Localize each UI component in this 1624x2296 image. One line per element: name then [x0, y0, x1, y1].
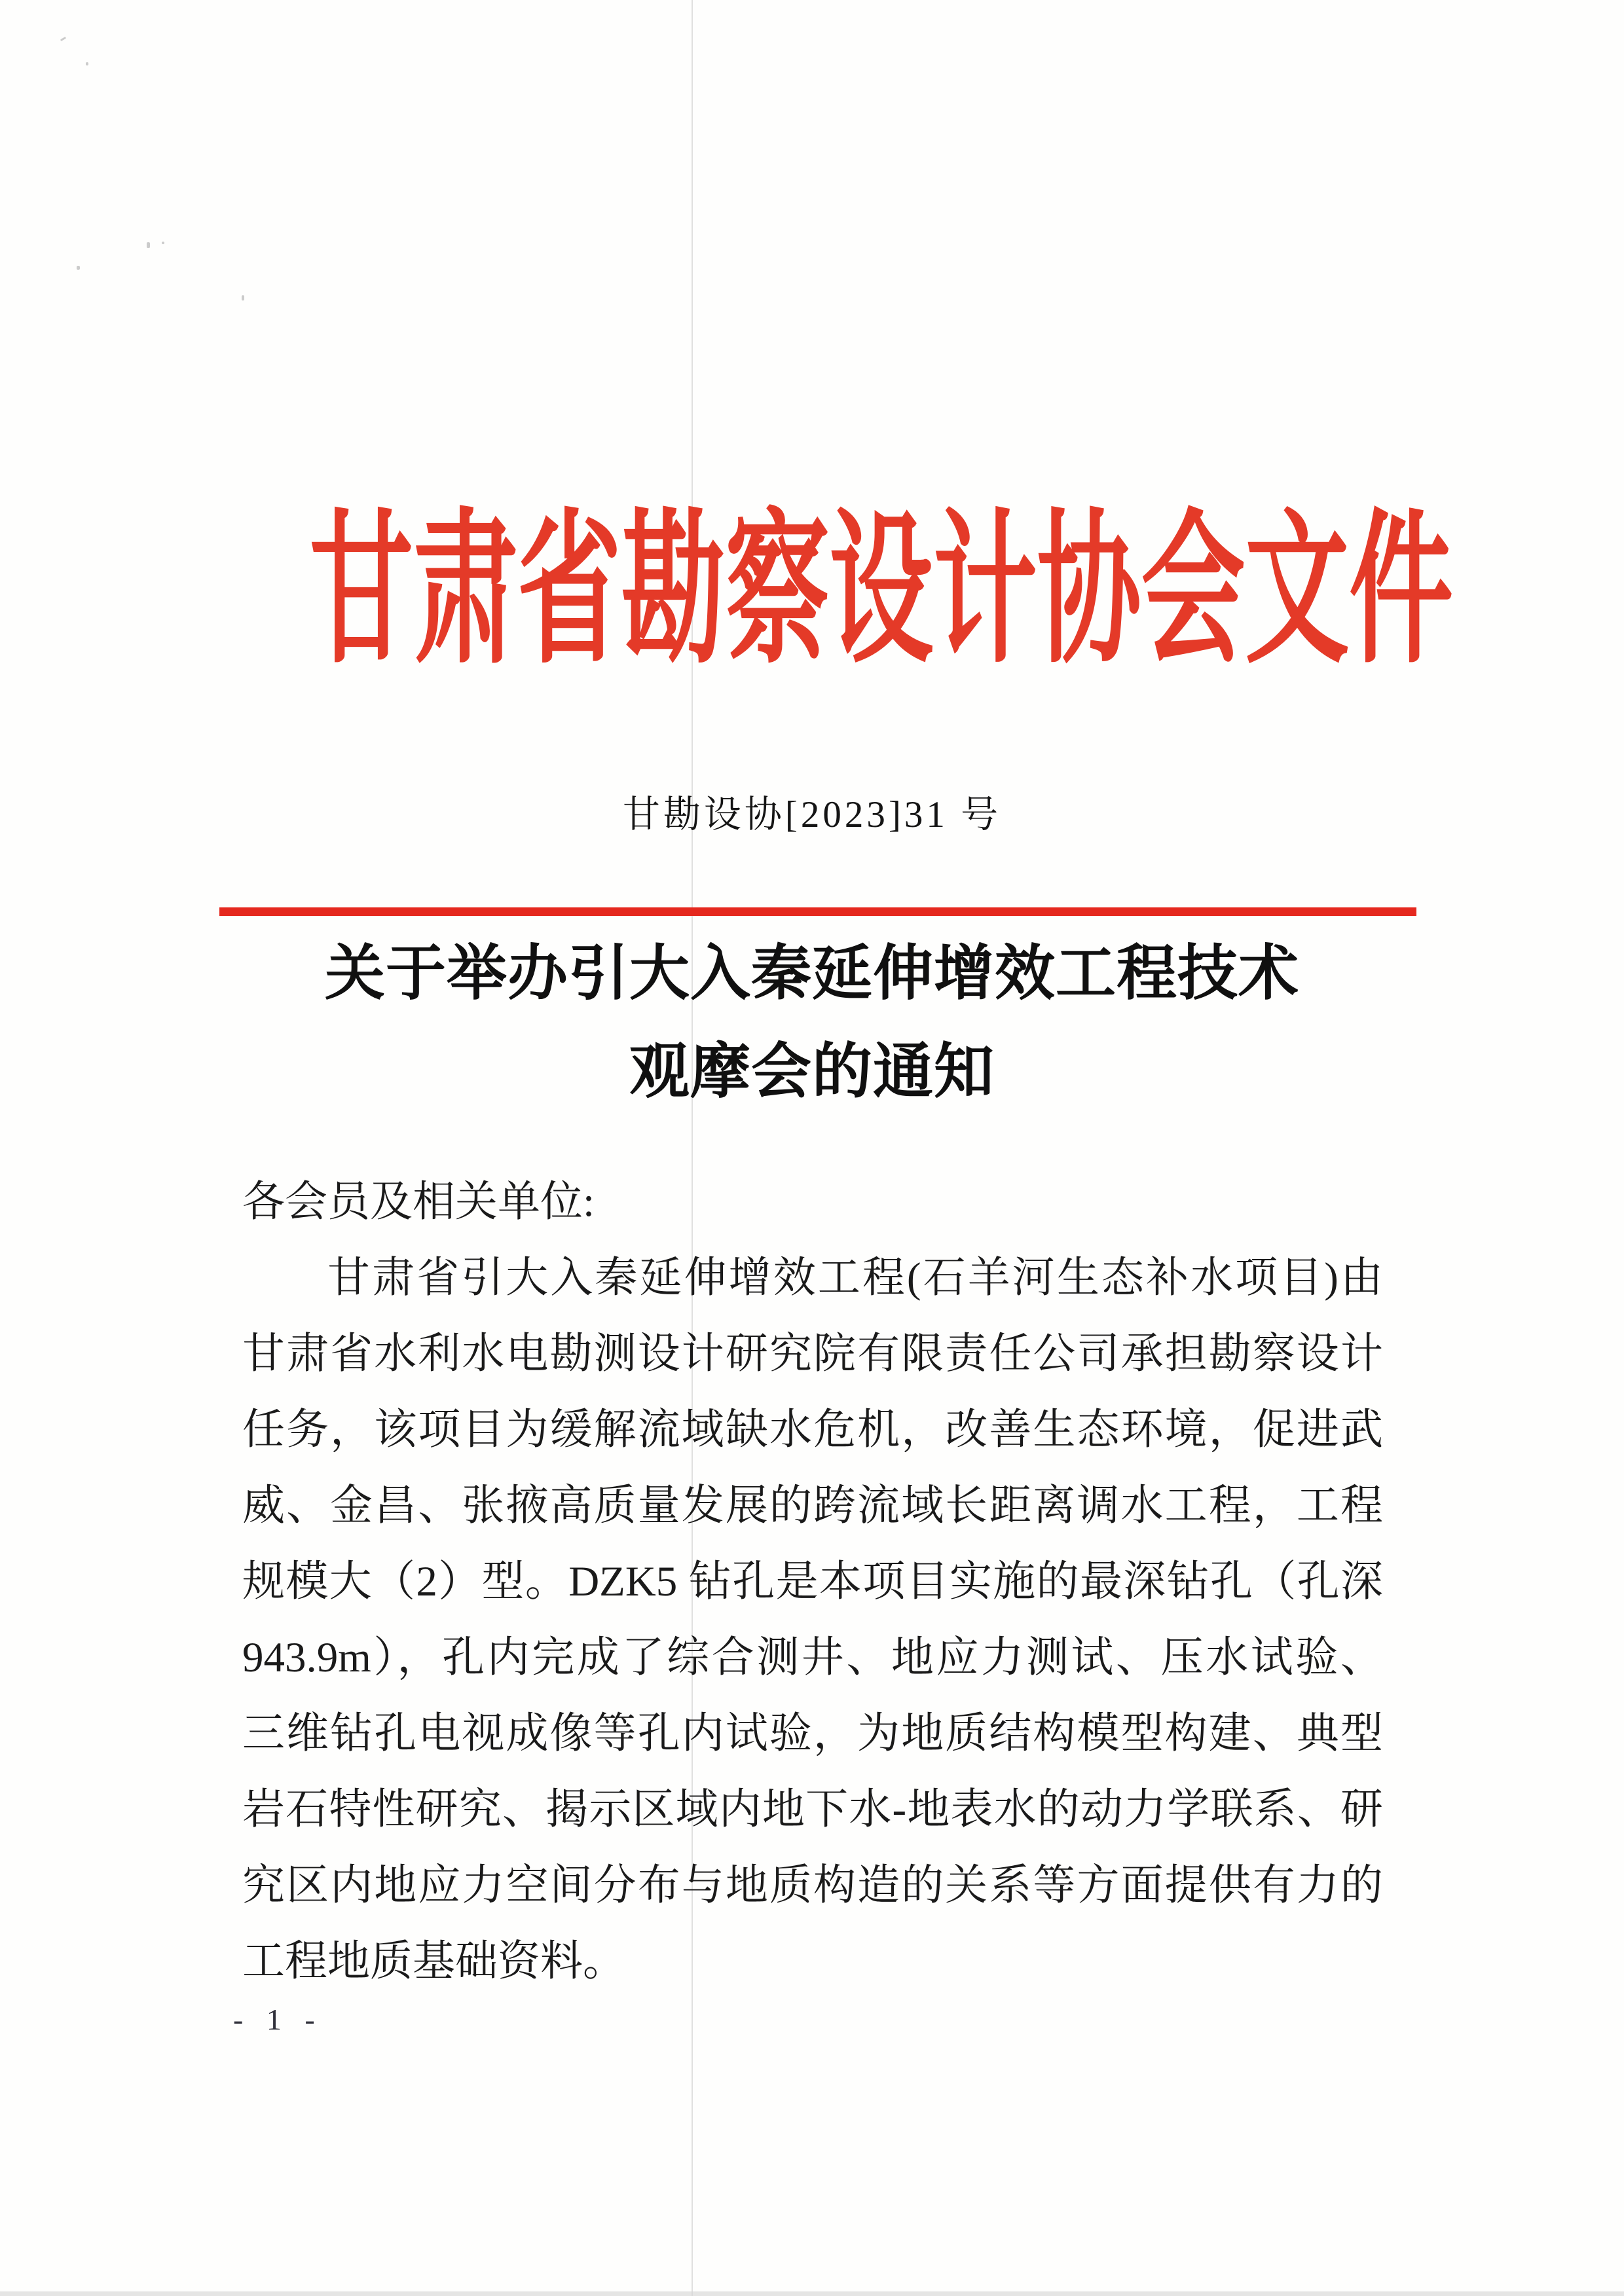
body-line: 岩石特性研究、揭示区域内地下水-地表水的动力学联系、研 [242, 1772, 1383, 1848]
red-separator-rule [219, 907, 1416, 916]
body-line: 威、金昌、张掖高质量发展的跨流域长距离调水工程，工程 [242, 1468, 1383, 1544]
document-title: 关于举办引大入秦延伸增效工程技术 观摩会的通知 [0, 924, 1624, 1121]
page-number: - 1 - [233, 2002, 323, 2037]
body-line: 甘肃省引大入秦延伸增效工程(石羊河生态补水项目)由 [242, 1240, 1383, 1316]
body-line: 规模大（2）型。DZK5 钻孔是本项目实施的最深钻孔（孔深 [242, 1544, 1383, 1620]
scan-speck [147, 242, 150, 248]
scan-speck [77, 266, 80, 270]
document-title-line2: 观摩会的通知 [0, 1023, 1624, 1121]
body-line: 三维钻孔电视成像等孔内试验，为地质结构模型构建、典型 [242, 1696, 1383, 1772]
body-line: 究区内地应力空间分布与地质构造的关系等方面提供有力的 [242, 1848, 1383, 1923]
document-page: 甘肃省勘察设计协会文件 甘勘设协[2023]31 号 关于举办引大入秦延伸增效工… [0, 0, 1624, 2296]
body-line: 甘肃省水利水电勘测设计研究院有限责任公司承担勘察设计 [242, 1316, 1383, 1392]
document-title-line1: 关于举办引大入秦延伸增效工程技术 [0, 924, 1624, 1023]
scan-speck [60, 37, 66, 41]
salutation: 各会员及相关单位: [242, 1164, 1383, 1240]
body-line: 943.9m），孔内完成了综合测井、地应力测试、压水试验、 [242, 1620, 1383, 1696]
body-line: 任务，该项目为缓解流域缺水危机，改善生态环境，促进武 [242, 1392, 1383, 1468]
document-body: 各会员及相关单位: 甘肃省引大入秦延伸增效工程(石羊河生态补水项目)由 甘肃省水… [242, 1164, 1383, 1999]
body-line: 工程地质基础资料。 [242, 1923, 1383, 1999]
scan-speck [86, 62, 88, 65]
org-letterhead-title: 甘肃省勘察设计协会文件 [310, 504, 1333, 679]
document-number: 甘勘设协[2023]31 号 [0, 784, 1624, 838]
scan-speck [162, 242, 164, 244]
scan-speck [242, 295, 244, 301]
scan-bottom-edge [0, 2291, 1624, 2296]
